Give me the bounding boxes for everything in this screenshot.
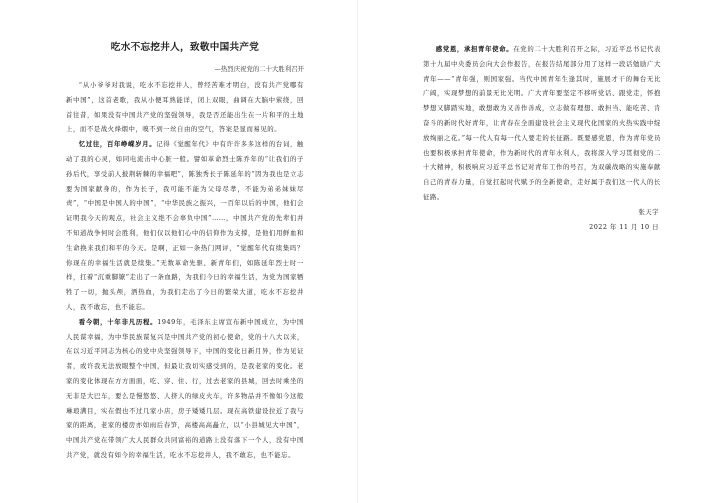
paragraph-gratitude: 感党恩，承担青年使命。在党的二十大胜利召开之际，习近平总书记代表第十九届中央委员… (423, 42, 661, 205)
document-page-left: 吃水不忘挖井人，致敬中国共产党 —热烈庆祝党的二十大胜利召开 “从小爷爷对我说，… (0, 0, 357, 503)
signature-date: 2022 年 11 月 10 日 (423, 220, 661, 235)
paragraph-recall-past: 忆过往，百年峥嵘岁月。记得《觉醒年代》中有许许多多这样的台词，触动了我的心灵，如… (66, 137, 304, 315)
paragraph-text: 记得《觉醒年代》中有许许多多这样的台词，触动了我的心灵，如同电流击中心脏一般。譬… (66, 140, 304, 311)
paragraph-text: “从小爷爷对我说，吃水不忘挖井人，曾经苦难才明白，没有共产党哪有新中国”，这首老… (66, 81, 304, 133)
paragraph-intro: “从小爷爷对我说，吃水不忘挖井人，曾经苦难才明白，没有共产党哪有新中国”，这首老… (66, 78, 304, 137)
paragraph-lead: 看今朝，十年非凡历程。 (79, 318, 157, 326)
paragraph-lead: 忆过往，百年峥嵘岁月。 (79, 140, 156, 148)
document-page-right: 感党恩，承担青年使命。在党的二十大胜利召开之际，习近平总书记代表第十九届中央委员… (358, 0, 714, 503)
paragraph-text: 在党的二十大胜利召开之际，习近平总书记代表第十九届中央委员会向大会作报告，在报告… (423, 45, 661, 201)
paragraph-look-today: 看今朝，十年非凡历程。1949年，毛泽东主席宣布新中国成立，为中国人民谋幸福，为… (66, 315, 304, 463)
document-title: 吃水不忘挖井人，致敬中国共产党 (66, 42, 304, 54)
page-content-right: 感党恩，承担青年使命。在党的二十大胜利召开之际，习近平总书记代表第十九届中央委员… (423, 42, 661, 234)
paragraph-text: 1949年，毛泽东主席宣布新中国成立，为中国人民谋幸福，为中华民族谋复兴是中国共… (66, 318, 304, 459)
document-subtitle: —热烈庆祝党的二十大胜利召开 (66, 63, 304, 75)
page-content-left: 吃水不忘挖井人，致敬中国共产党 —热烈庆祝党的二十大胜利召开 “从小爷爷对我说，… (66, 42, 304, 463)
paragraph-lead: 感党恩，承担青年使命。 (436, 45, 513, 53)
signature-author: 张天宇 (423, 205, 661, 220)
